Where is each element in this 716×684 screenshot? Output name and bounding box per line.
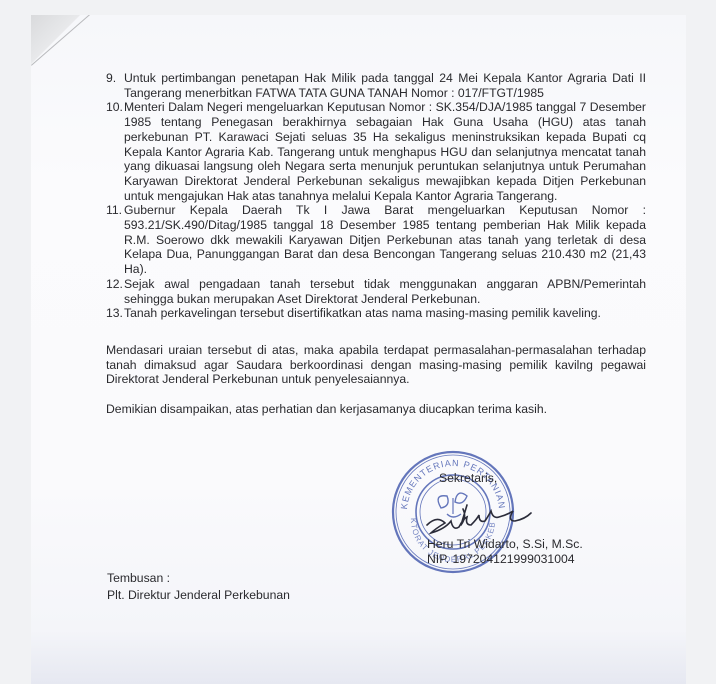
document-body: 9.Untuk pertimbangan penetapan Hak Milik… xyxy=(106,71,646,417)
list-item: 10.Menteri Dalam Negeri mengeluarkan Kep… xyxy=(106,100,646,203)
list-item: 9.Untuk pertimbangan penetapan Hak Milik… xyxy=(106,71,646,100)
list-item: 11.Gubernur Kepala Daerah Tk I Jawa Bara… xyxy=(106,203,646,277)
closing-paragraph: Demikian disampaikan, atas perhatian dan… xyxy=(106,402,646,417)
conclusion-paragraph: Mendasari uraian tersebut di atas, maka … xyxy=(106,343,646,387)
numbered-list: 9.Untuk pertimbangan penetapan Hak Milik… xyxy=(106,71,646,321)
item-number: 9. xyxy=(106,71,116,86)
signatory-title: Sekretaris, xyxy=(439,471,497,486)
item-text: Tanah perkavelingan tersebut disertifika… xyxy=(124,306,601,320)
list-item: 12.Sejak awal pengadaan tanah tersebut t… xyxy=(106,277,646,306)
item-number: 12. xyxy=(106,277,123,292)
item-text: Menteri Dalam Negeri mengeluarkan Keputu… xyxy=(124,100,646,202)
carbon-copy-section: Tembusan : Plt. Direktur Jenderal Perkeb… xyxy=(107,570,290,603)
cc-label: Tembusan : xyxy=(107,570,290,587)
item-text: Sejak awal pengadaan tanah tersebut tida… xyxy=(124,277,646,306)
document-page: 9.Untuk pertimbangan penetapan Hak Milik… xyxy=(31,15,686,684)
item-text: Untuk pertimbangan penetapan Hak Milik p… xyxy=(124,71,646,100)
handwritten-signature-icon xyxy=(423,503,543,543)
cc-recipient: Plt. Direktur Jenderal Perkebunan xyxy=(107,587,290,604)
item-number: 13. xyxy=(106,306,123,321)
item-number: 11. xyxy=(106,203,122,218)
item-number: 10. xyxy=(106,100,123,115)
item-text: Gubernur Kepala Daerah Tk I Jawa Barat m… xyxy=(124,203,646,276)
signatory-nip: NIP. 197204121999031004 xyxy=(427,552,575,567)
list-item: 13.Tanah perkavelingan tersebut disertif… xyxy=(106,306,646,321)
